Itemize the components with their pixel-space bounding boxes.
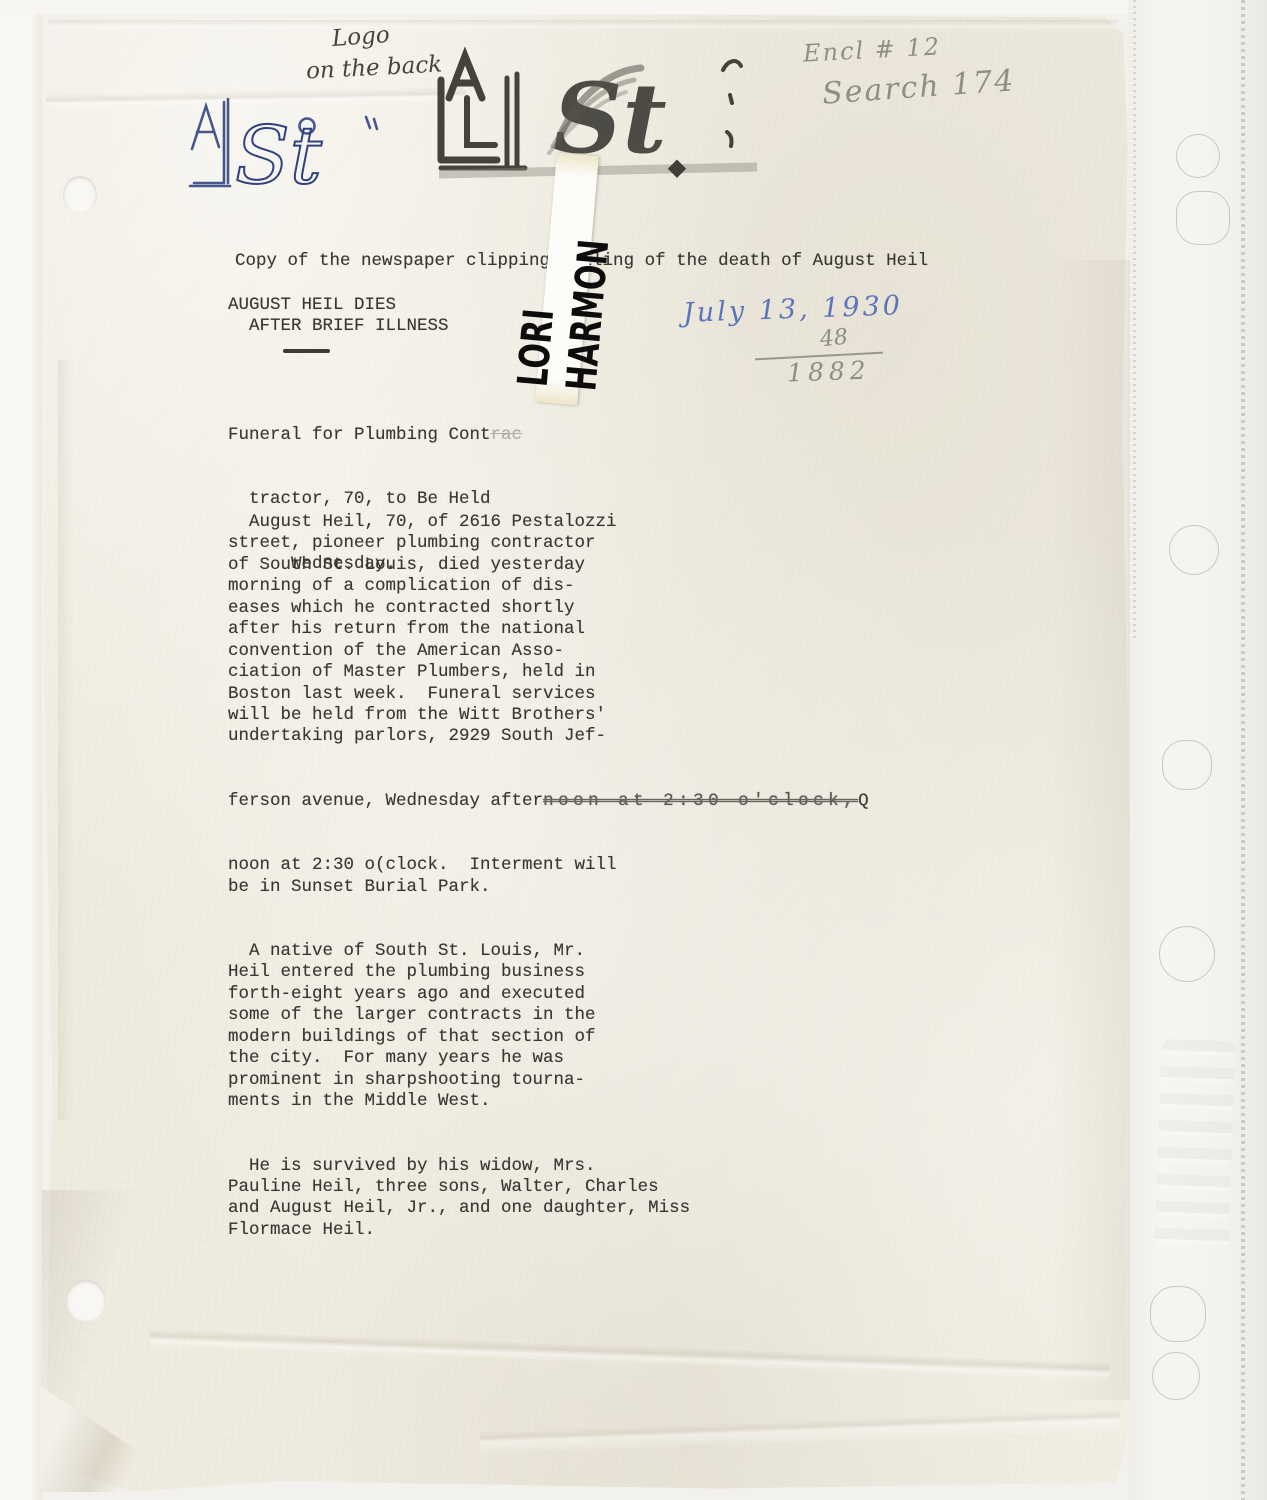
text-line: Boston last week. Funeral services	[228, 684, 869, 705]
body-paragraph-3: He is survived by his widow, Mrs.Pauline…	[228, 1156, 869, 1242]
binder-hole-outline	[1176, 191, 1230, 245]
text-line: be in Sunset Burial Park.	[228, 877, 869, 898]
binder-hole-outline	[1152, 1352, 1200, 1400]
body-paragraph-1a: August Heil, 70, of 2616 Pestalozzistree…	[228, 512, 869, 748]
handwritten-note-logo-line1: Logo	[331, 22, 390, 52]
text-line: some of the larger contracts in the	[228, 1005, 869, 1026]
blue-monogram-a-stroke	[192, 106, 219, 149]
text-line: modern buildings of that section of	[228, 1027, 869, 1048]
body-paragraph-1b: noon at 2:30 o(clock. Interment willbe i…	[228, 855, 869, 898]
text-line: noon at 2:30 o(clock. Interment will	[228, 855, 869, 876]
blue-monogram-st: St	[235, 109, 323, 202]
article-body: August Heil, 70, of 2616 Pestalozzistree…	[228, 469, 869, 1284]
text-line: morning of a complication of dis-	[228, 576, 869, 597]
headline: AUGUST HEIL DIES AFTER BRIEF ILLNESS	[228, 295, 449, 338]
scanner-edge-left	[0, 0, 42, 1500]
headline-divider	[283, 349, 330, 353]
pencil-number-1882: 1882	[787, 356, 872, 388]
text-line: ments in the Middle West.	[228, 1091, 869, 1112]
subhead-line1: Funeral for Plumbing Contrac	[228, 425, 522, 446]
text-line: undertaking parlors, 2929 South Jef-	[228, 726, 869, 747]
text-line: Pauline Heil, three sons, Walter, Charle…	[228, 1177, 869, 1198]
text-line: prominent in sharpshooting tourna-	[228, 1070, 869, 1091]
sheet-protector-seam	[1241, 0, 1245, 1500]
text-line: after his return from the national	[228, 619, 869, 640]
text-line: eases which he contracted shortly	[228, 598, 869, 619]
name-label-text: LORI HARMON	[509, 165, 625, 393]
text-line: A native of South St. Louis, Mr.	[228, 941, 869, 962]
text-line: Heil entered the plumbing business	[228, 962, 869, 983]
pencil-diamond-period	[668, 160, 686, 178]
binder-hole-outline	[1159, 926, 1215, 982]
text-line: and August Heil, Jr., and one daughter, …	[228, 1198, 869, 1219]
body-paragraph-2: A native of South St. Louis, Mr.Heil ent…	[228, 941, 869, 1113]
punch-hole	[66, 1280, 106, 1322]
text-line: forth-eight years ago and executed	[228, 984, 869, 1005]
text-line: convention of the American Asso-	[228, 641, 869, 662]
name-label-strip: LORI HARMON	[535, 153, 599, 406]
sheet-protector-crimp	[1133, 0, 1136, 640]
text-line: Flormace Heil.	[228, 1220, 869, 1241]
text-line: will be held from the Witt Brothers'	[228, 705, 869, 726]
scanner-edge-top	[0, 0, 1267, 14]
pencil-number-48: 48	[819, 325, 849, 353]
struck-text: noon at 2:30 o'clock,	[543, 791, 858, 811]
scanned-page: Logo on the back Encl # 12 Search 174 St…	[0, 0, 1267, 1500]
blue-ink-monogram: St	[185, 95, 395, 213]
text-line: AUGUST HEIL DIES	[228, 295, 449, 316]
text-line: August Heil, 70, of 2616 Pestalozzi	[228, 512, 869, 533]
text-line: street, pioneer plumbing contractor	[228, 533, 869, 554]
text-line: the city. For many years he was	[228, 1048, 869, 1069]
text-line: He is survived by his widow, Mrs.	[228, 1156, 869, 1177]
text-line: AFTER BRIEF ILLNESS	[228, 316, 449, 337]
text-line: of South St. Louis, died yesterday	[228, 555, 869, 576]
binder-hole-outline	[1176, 134, 1220, 178]
binder-hole-outline	[1169, 525, 1219, 575]
binder-hole-outline	[1162, 740, 1212, 790]
punch-hole	[63, 176, 97, 214]
binder-hole-outline	[1150, 1286, 1206, 1342]
embossed-brand-mark	[1154, 1039, 1235, 1256]
text-line: ciation of Master Plumbers, held in	[228, 662, 869, 683]
strike-through-line: ferson avenue, Wednesday afternoon at 2:…	[228, 791, 869, 812]
